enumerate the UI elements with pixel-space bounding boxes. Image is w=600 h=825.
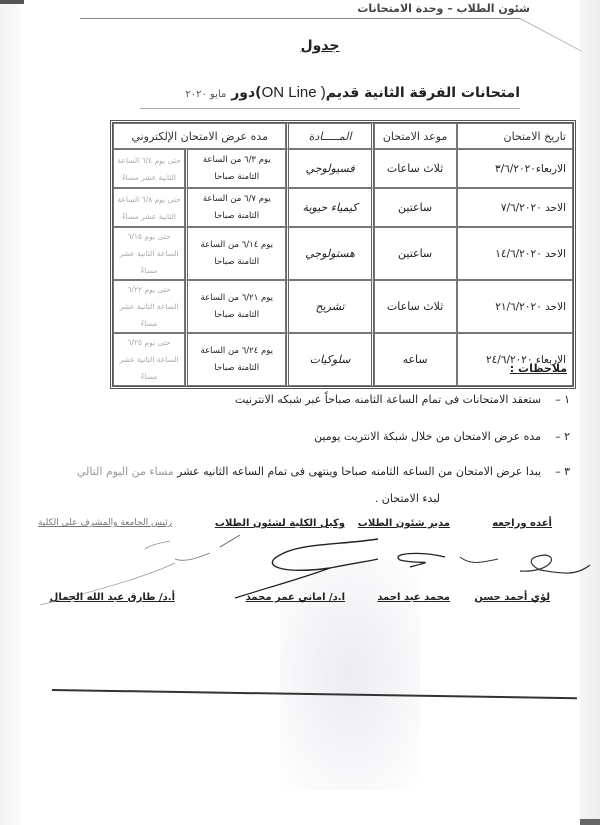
column-header-subject: المـــــادة bbox=[286, 123, 373, 149]
scan-edge-left bbox=[0, 0, 20, 825]
note-text: مده عرض الامتحان من خلال شبكة الانتريت ي… bbox=[314, 430, 541, 443]
table-row: الاربعاء ٢٤/٦/٢٠٢٠ ساعه سلوكيات يوم ٦/٢٤… bbox=[113, 333, 573, 386]
subtitle-arabic: امتحانات الفرقة الثانية قديم bbox=[326, 85, 520, 101]
subtitle-divider bbox=[140, 108, 520, 109]
scan-corner-mark bbox=[0, 0, 24, 4]
cell-duration: ساعه bbox=[374, 333, 457, 386]
document-subtitle: امتحانات الفرقة الثانية قديم( ON Line)دو… bbox=[140, 84, 520, 101]
table-row: الاحد ٢١/٦/٢٠٢٠ ثلاث ساعات تشريح يوم ٦/٢… bbox=[113, 280, 573, 333]
signature-title-affairs-director: مدير شئون الطلاب bbox=[358, 518, 450, 529]
note-item: ٣ –يبدا عرض الامتحان من الساعه الثامنه ص… bbox=[30, 465, 570, 478]
notes-heading: ملاحظات : bbox=[510, 362, 567, 375]
cell-period-to: حتى يوم ٦/٤ الساعة الثانية عشر مساءً bbox=[113, 149, 185, 188]
scan-corner-mark-bottom bbox=[580, 819, 600, 825]
subtitle-season: مايو ٢٠٢٠ bbox=[185, 89, 226, 100]
cell-duration: ثلاث ساعات bbox=[374, 149, 457, 188]
note-item: ٢ –مده عرض الامتحان من خلال شبكة الانتري… bbox=[314, 430, 570, 443]
cell-period-from: يوم ٦/٧ من الساعة الثامنة صباحا bbox=[185, 188, 286, 227]
cell-duration: ساعتين bbox=[374, 188, 457, 227]
note-number: ٣ – bbox=[555, 465, 570, 478]
signature-name-vice-dean: ا.د/ اماني عمر محمد bbox=[246, 592, 345, 603]
cell-period-from: يوم ٦/١٤ من الساعة الثامنة صباحا bbox=[185, 227, 286, 280]
signature-name-affairs-director: محمد عبد احمد bbox=[377, 592, 450, 603]
signature-name-prepared: لؤي أحمد حسن bbox=[474, 592, 550, 603]
department-header: شئون الطلاب – وحدة الامتحانات bbox=[357, 2, 530, 15]
signature-title-prepared: أعده وراجعه bbox=[492, 518, 552, 529]
cell-date: الاحد ٧/٦/٢٠٢٠ bbox=[457, 188, 573, 227]
column-header-duration: موعد الامتحان bbox=[374, 123, 457, 149]
signature-title-vice-dean: وكيل الكلية لشئون الطلاب bbox=[215, 518, 345, 529]
cell-period-from: يوم ٦/٢٤ من الساعة الثامنة صباحا bbox=[185, 333, 286, 386]
table-row: الاحد ١٤/٦/٢٠٢٠ ساعتين هستولوجي يوم ٦/١٤… bbox=[113, 227, 573, 280]
note-continuation: لبدء الامتحان . bbox=[375, 492, 440, 505]
table-row: الاربعاء٣/٦/٢٠٢٠ ثلاث ساعات فسيولوجي يوم… bbox=[113, 149, 573, 188]
document-title: جدول bbox=[20, 38, 600, 54]
cell-period-to: حتى يوم ٦/١٥ الساعة الثانية عشر مساءً bbox=[113, 227, 185, 280]
cell-subject: تشريح bbox=[286, 280, 373, 333]
subtitle-round: )دور bbox=[231, 85, 261, 101]
cell-period-to: حتى يوم ٦/٢٥ الساعة الثانية عشر مساءً bbox=[113, 333, 185, 386]
note-number: ١ – bbox=[555, 393, 570, 406]
column-header-date: تاريخ الامتحان bbox=[457, 123, 573, 149]
cell-subject: سلوكيات bbox=[286, 333, 373, 386]
cell-duration: ساعتين bbox=[374, 227, 457, 280]
cell-subject: كيمياء حيوية bbox=[286, 188, 373, 227]
cell-period-to: حتى يوم ٦/٢٢ الساعة الثانية عشر مساءً bbox=[113, 280, 185, 333]
cell-date: الاربعاء ٢٤/٦/٢٠٢٠ bbox=[457, 333, 573, 386]
exam-schedule-table: تاريخ الامتحان موعد الامتحان المـــــادة… bbox=[110, 120, 576, 389]
cell-subject: فسيولوجي bbox=[286, 149, 373, 188]
cell-duration: ثلاث ساعات bbox=[374, 280, 457, 333]
note-text: ستعقد الامتحانات فى تمام الساعة الثامنه … bbox=[235, 393, 541, 406]
cell-date: الاحد ٢١/٦/٢٠٢٠ bbox=[457, 280, 573, 333]
cell-period-from: يوم ٦/٢١ من الساعة الثامنة صباحا bbox=[185, 280, 286, 333]
cell-date: الاحد ١٤/٦/٢٠٢٠ bbox=[457, 227, 573, 280]
note-text: يبدا عرض الامتحان من الساعه الثامنه صباح… bbox=[177, 465, 541, 478]
table-header-row: تاريخ الامتحان موعد الامتحان المـــــادة… bbox=[113, 123, 573, 149]
cell-date: الاربعاء٣/٦/٢٠٢٠ bbox=[457, 149, 573, 188]
scan-edge-right bbox=[580, 0, 600, 825]
header-divider bbox=[80, 18, 520, 19]
signature-title-president: رئيس الجامعة والمشرف على الكلية bbox=[38, 518, 172, 528]
note-number: ٢ – bbox=[555, 430, 570, 443]
subtitle-online: ( ON Line bbox=[262, 84, 326, 101]
note-item: ١ –ستعقد الامتحانات فى تمام الساعة الثام… bbox=[235, 393, 570, 406]
cell-period-to: حتى يوم ٦/٨ الساعة الثانية عشر مساءً bbox=[113, 188, 185, 227]
table-row: الاحد ٧/٦/٢٠٢٠ ساعتين كيمياء حيوية يوم ٦… bbox=[113, 188, 573, 227]
signature-name-president: أ.د/ طارق عبد الله الجمال bbox=[50, 592, 175, 603]
column-header-display-period: مده عرض الامتحان الإلكتروني bbox=[113, 123, 286, 149]
cell-subject: هستولوجي bbox=[286, 227, 373, 280]
note-text-faded: مساء من اليوم التالي bbox=[77, 465, 177, 478]
cell-period-from: يوم ٦/٣ من الساعة الثامنة صباحا bbox=[185, 149, 286, 188]
